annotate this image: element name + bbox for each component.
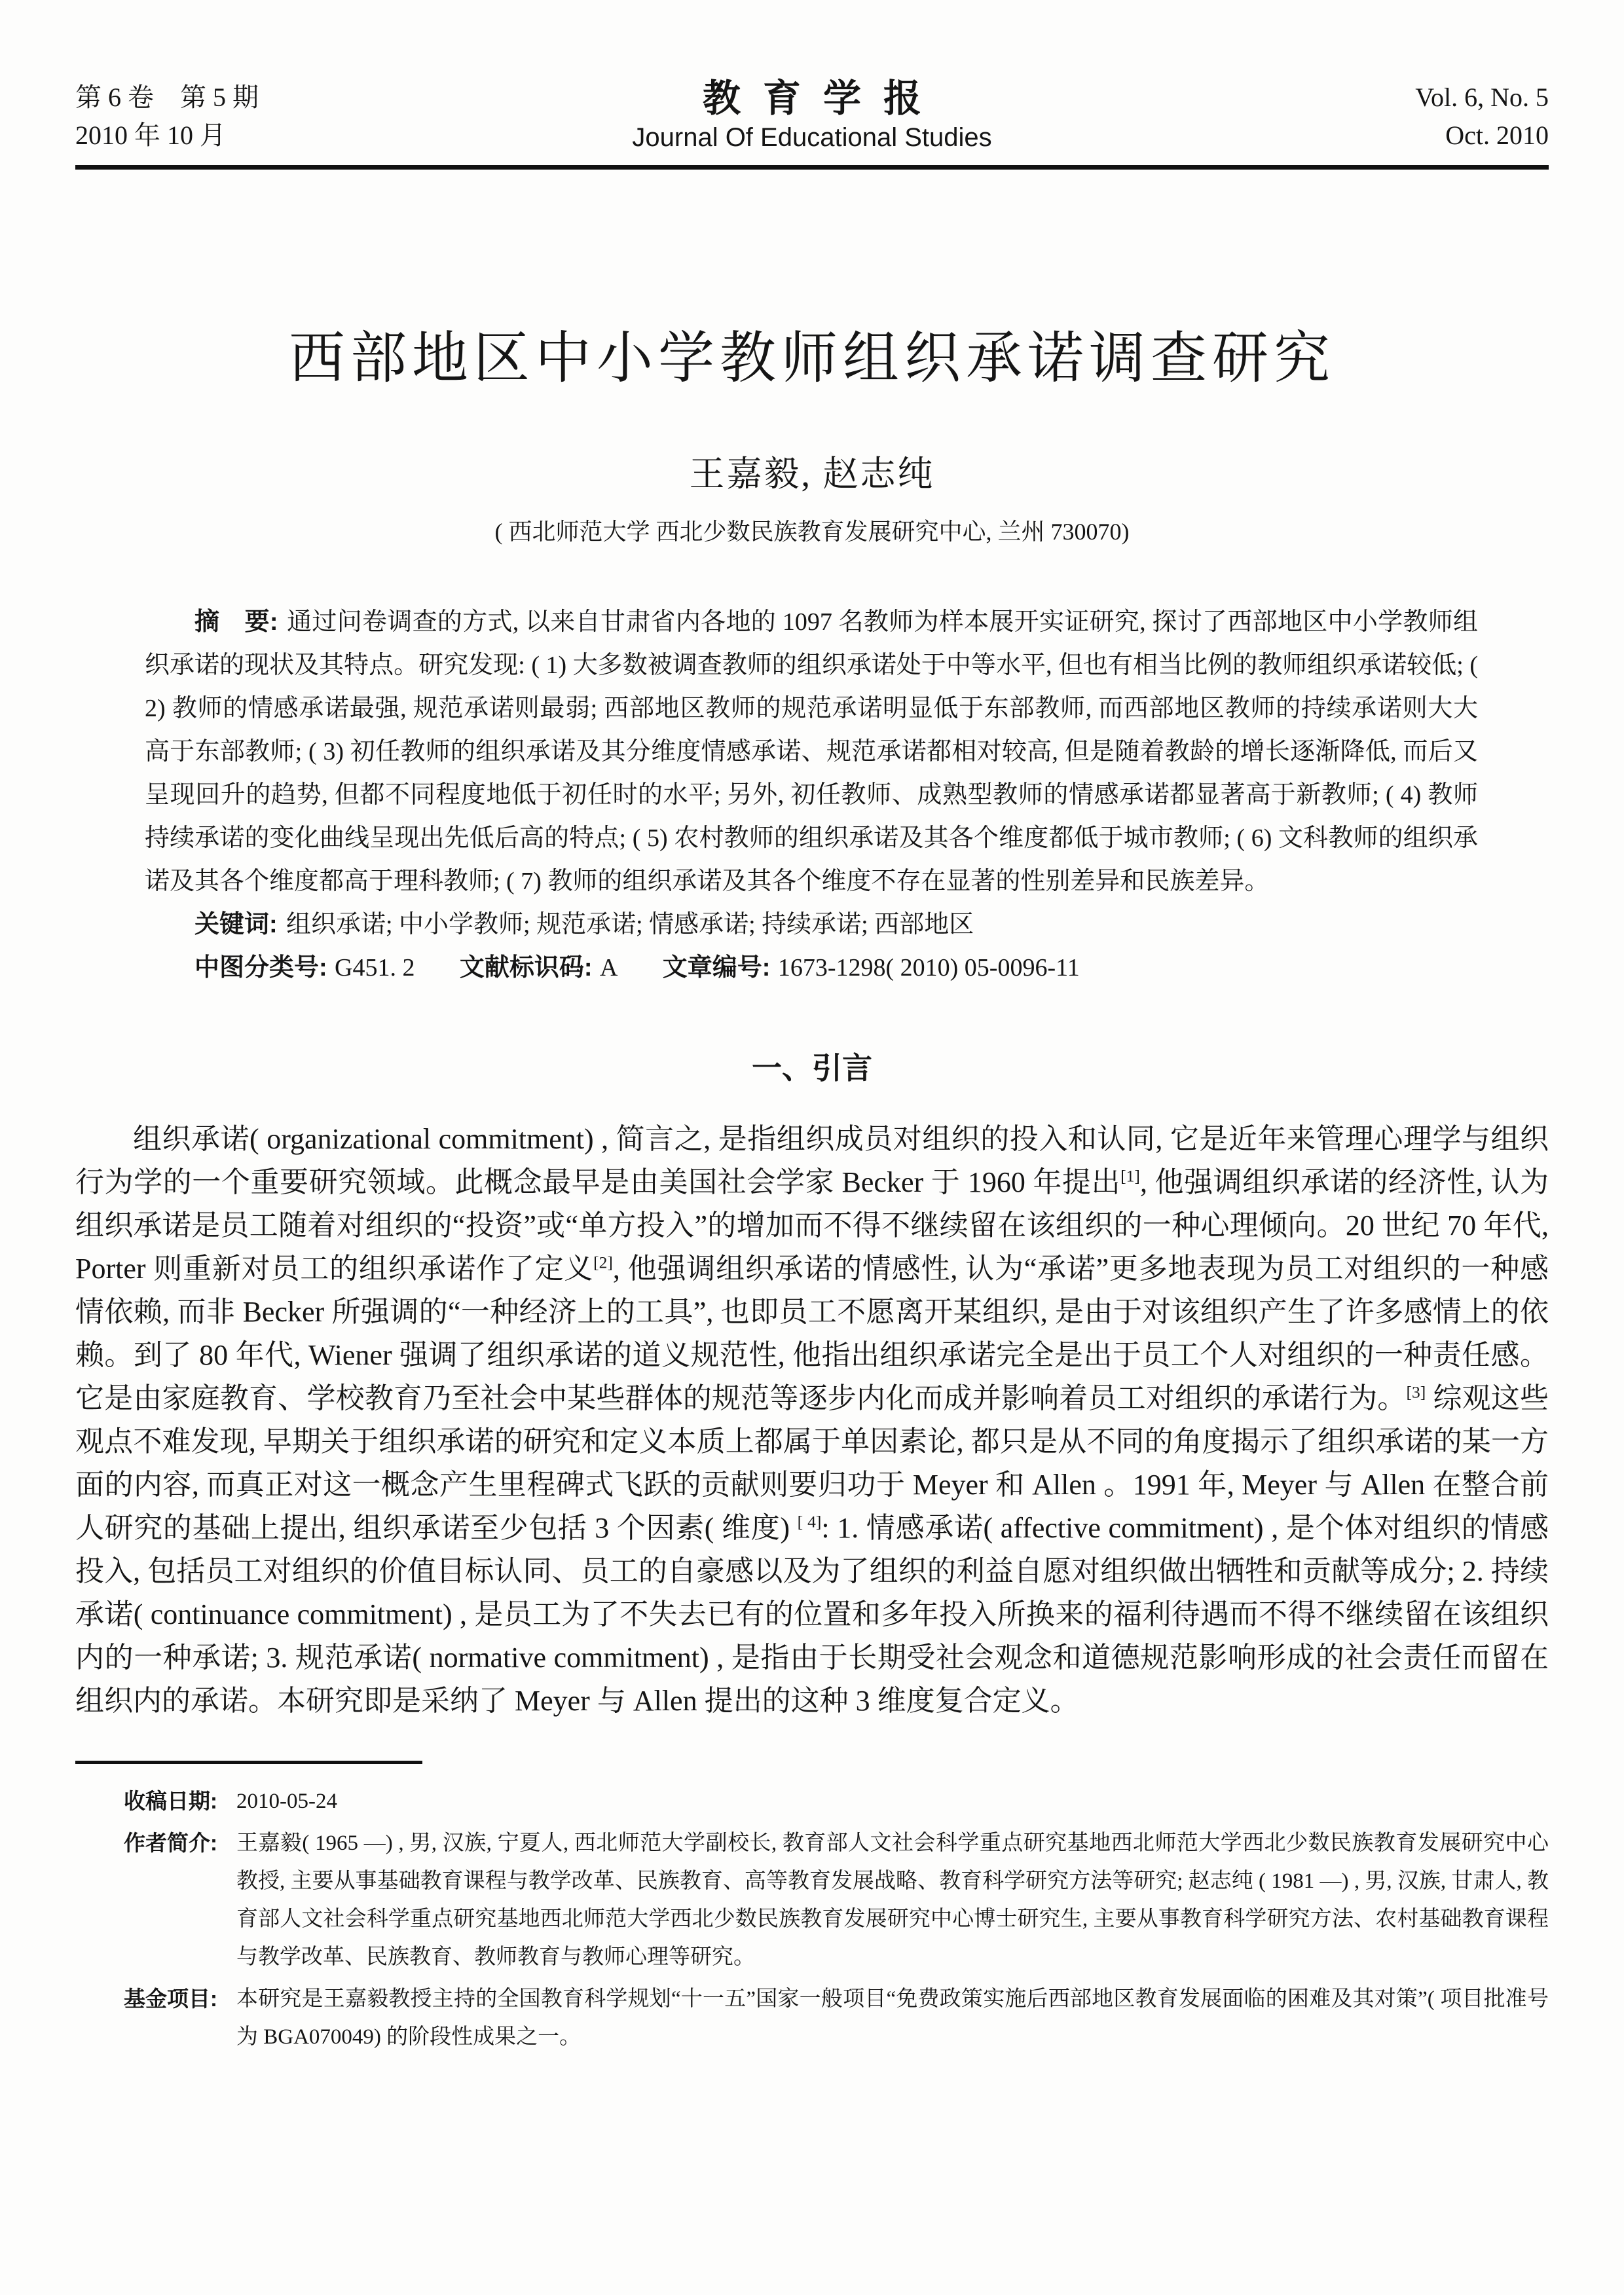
volume-issue-en: Vol. 6, No. 5 [992, 79, 1549, 117]
keywords-text: 组织承诺; 中小学教师; 规范承诺; 情感承诺; 持续承诺; 西部地区 [286, 911, 974, 938]
date-en: Oct. 2010 [992, 117, 1549, 155]
page-content: 第 6 卷 第 5 期 2010 年 10 月 教育学报 Journal Of … [75, 0, 1549, 2056]
clc-label: 中图分类号: [194, 954, 335, 982]
abstract-block: 摘 要:通过问卷调查的方式, 以来自甘肃省内各地的 1097 名教师为样本展开实… [145, 600, 1478, 989]
abstract-text: 通过问卷调查的方式, 以来自甘肃省内各地的 1097 名教师为样本展开实证研究,… [145, 608, 1478, 895]
journal-name-en: Journal Of Educational Studies [632, 120, 991, 155]
abstract-label: 摘 要: [194, 608, 287, 636]
fund-project-value: 本研究是王嘉毅教授主持的全国教育科学规划“十一五”国家一般项目“免费政策实施后西… [236, 1980, 1549, 2056]
article-id-label: 文章编号: [663, 954, 778, 982]
article-title: 西部地区中小学教师组织承诺调查研究 [75, 312, 1549, 394]
fund-project-label: 基金项目: [124, 1980, 234, 2056]
footnotes: 收稿日期: 2010-05-24 作者简介: 王嘉毅( 1965 —) , 男,… [124, 1782, 1549, 2056]
introduction-paragraph: 组织承诺( organizational commitment) , 简言之, … [75, 1118, 1549, 1723]
article-authors: 王嘉毅, 赵志纯 [75, 446, 1549, 496]
header-divider [75, 165, 1549, 170]
footnote-area: 收稿日期: 2010-05-24 作者简介: 王嘉毅( 1965 —) , 男,… [75, 1761, 1549, 2056]
volume-issue-cn: 第 6 卷 第 5 期 [75, 79, 632, 117]
keywords-line: 关键词:组织承诺; 中小学教师; 规范承诺; 情感承诺; 持续承诺; 西部地区 [145, 903, 1478, 946]
received-date-value: 2010-05-24 [236, 1782, 1549, 1820]
article-affiliation: ( 西北师范大学 西北少数民族教育发展研究中心, 兰州 730070) [75, 513, 1549, 547]
doc-code-value: A [600, 954, 618, 982]
journal-header: 第 6 卷 第 5 期 2010 年 10 月 教育学报 Journal Of … [75, 0, 1549, 155]
header-left: 第 6 卷 第 5 期 2010 年 10 月 [75, 79, 632, 155]
section-heading-introduction: 一、引言 [75, 1044, 1549, 1088]
journal-page: 第 6 卷 第 5 期 2010 年 10 月 教育学报 Journal Of … [0, 0, 1624, 2295]
footnote-received-date: 收稿日期: 2010-05-24 [124, 1782, 1549, 1820]
clc-value: G451. 2 [335, 954, 415, 982]
classification-line: 中图分类号:G451. 2文献标识码:A文章编号:1673-1298( 2010… [145, 946, 1478, 989]
date-cn: 2010 年 10 月 [75, 117, 632, 155]
footnote-author-bio: 作者简介: 王嘉毅( 1965 —) , 男, 汉族, 宁夏人, 西北师范大学副… [124, 1824, 1549, 1976]
keywords-label: 关键词: [194, 911, 286, 938]
article-id-value: 1673-1298( 2010) 05-0096-11 [778, 954, 1080, 982]
author-bio-value: 王嘉毅( 1965 —) , 男, 汉族, 宁夏人, 西北师范大学副校长, 教育… [236, 1824, 1549, 1976]
header-center: 教育学报 Journal Of Educational Studies [632, 77, 991, 155]
doc-code-label: 文献标识码: [460, 954, 600, 982]
footnote-fund-project: 基金项目: 本研究是王嘉毅教授主持的全国教育科学规划“十一五”国家一般项目“免费… [124, 1980, 1549, 2056]
header-right: Vol. 6, No. 5 Oct. 2010 [992, 79, 1549, 155]
abstract-paragraph: 摘 要:通过问卷调查的方式, 以来自甘肃省内各地的 1097 名教师为样本展开实… [145, 600, 1478, 903]
journal-name-cn: 教育学报 [632, 77, 1014, 120]
received-date-label: 收稿日期: [124, 1782, 234, 1820]
author-bio-label: 作者简介: [124, 1824, 234, 1976]
footnote-divider [75, 1761, 422, 1764]
